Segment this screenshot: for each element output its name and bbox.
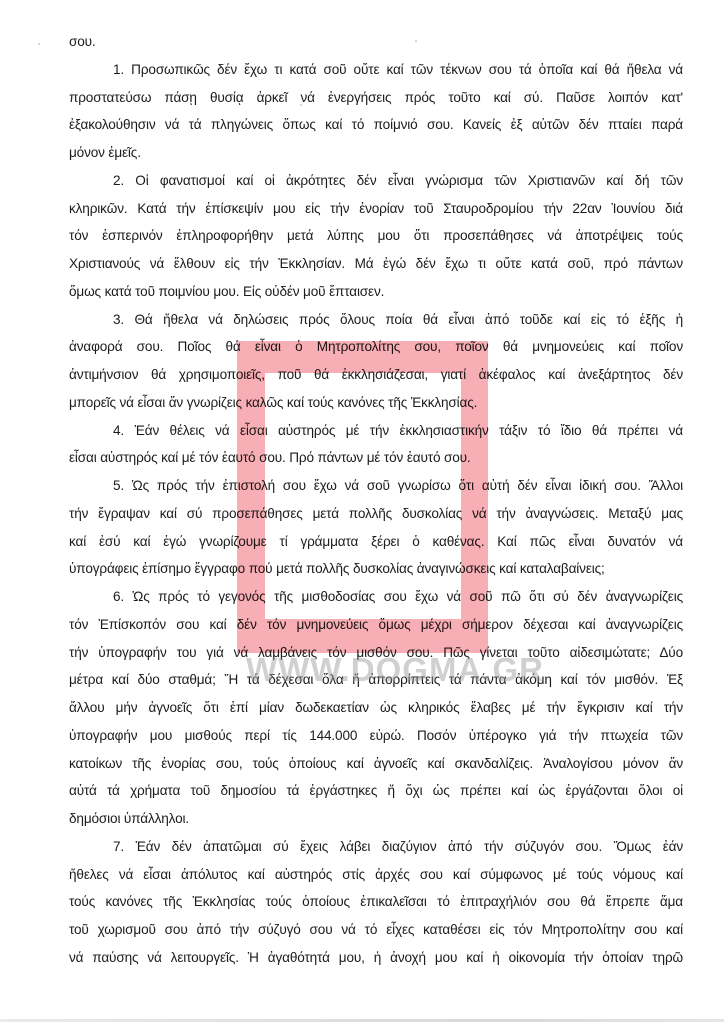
line-text: 2. Οἱ φανατισμοί καί οἱ ἀκρότητες δέν εἶ… bbox=[113, 167, 683, 195]
scan-edge bbox=[0, 1019, 724, 1022]
paragraph-first-line: 5. Ὡς πρός τήν ἐπιστολή σου ἔχω νά σοῦ γ… bbox=[69, 472, 683, 500]
paragraph-first-line: 3. Θά ἤθελα νά δηλώσεις πρός ὅλους ποία … bbox=[69, 306, 683, 334]
text-line: μέτρα καί δύο σταθμά; Ἤ τά δέχεσαι ὅλα ἤ… bbox=[69, 666, 683, 694]
text-line: τούς κανόνες τῆς Ἐκκλησίας τούς ὁποίους … bbox=[69, 888, 683, 916]
line-text: κληρικῶν. Κατά τήν ἐπίσκεψίν μου εἰς τήν… bbox=[69, 195, 683, 223]
text-line: τήν ὑπογραφήν του γιά νά λαμβάνεις τόν μ… bbox=[69, 639, 683, 667]
line-text: 7. Ἐάν δέν ἀπατῶμαι σύ ἔχεις λάβει διαζύ… bbox=[113, 833, 683, 861]
text-line: ἀντιμήνσιον θά χρησιμοποιεῖς, ποῦ θά ἐκκ… bbox=[69, 361, 683, 389]
line-text: μέτρα καί δύο σταθμά; Ἤ τά δέχεσαι ὅλα ἤ… bbox=[69, 666, 683, 694]
text-line: τοῦ χωρισμοῦ σου ἀπό τήν σύζυγό σου νά τ… bbox=[69, 916, 683, 944]
text-line: ὑπογραφήν μου μισθούς περί τίς 144.000 ε… bbox=[69, 722, 683, 750]
line-text: εἶσαι αὐστηρός καί μέ τόν ἑαυτό σου. Πρό… bbox=[69, 444, 683, 472]
text-line: προστατεύσω πάσῃ θυσίᾳ ἀρκεῖ νά ἐνεργήσε… bbox=[69, 84, 683, 112]
scan-speck bbox=[415, 40, 417, 42]
line-text: ὑπογράφεις ἐπίσημο ἔγγραφο πού μετά πολλ… bbox=[69, 555, 683, 583]
line-text: ἀναφορά σου. Ποῖος θά εἶναι ὁ Μητροπολίτ… bbox=[69, 333, 683, 361]
line-text: μπορεῖς νά εἶσαι ἄν γνωρίζεις καλῶς καί … bbox=[69, 389, 683, 417]
line-text: ἄλλου μήν ἀγνοεῖς ὅτι ἐπί μίαν δωδεκαετί… bbox=[69, 694, 683, 722]
text-line: μόνον ἐμεῖς. bbox=[69, 139, 683, 167]
line-text: τήν ἔγραψαν καί σύ προσεπάθησες μετά πολ… bbox=[69, 500, 683, 528]
line-text: Χριστιανούς νά ἔλθουν εἰς τήν Ἐκκλησίαν.… bbox=[69, 250, 683, 278]
line-text: μόνον ἐμεῖς. bbox=[69, 139, 683, 167]
line-text: αὐτά τά χρήματα τοῦ δημοσίου τά ἐργάστηκ… bbox=[69, 777, 683, 805]
text-line: δημόσιοι ὑπάλληλοι. bbox=[69, 805, 683, 833]
line-text: σου. bbox=[69, 28, 683, 56]
text-line: Χριστιανούς νά ἔλθουν εἰς τήν Ἐκκλησίαν.… bbox=[69, 250, 683, 278]
text-line: τόν Ἐπίσκοπόν σου καί δέν τόν μνημονεύει… bbox=[69, 611, 683, 639]
letter-body: σου.1. Προσωπικῶς δέν ἔχω τι κατά σοῦ οὔ… bbox=[69, 28, 683, 972]
scanned-letter-page: σου.1. Προσωπικῶς δέν ἔχω τι κατά σοῦ οὔ… bbox=[0, 0, 724, 1024]
text-line: εἶσαι αὐστηρός καί μέ τόν ἑαυτό σου. Πρό… bbox=[69, 444, 683, 472]
text-line: αὐτά τά χρήματα τοῦ δημοσίου τά ἐργάστηκ… bbox=[69, 777, 683, 805]
line-text: νά παύσης νά λειτουργεῖς. Ἡ ἀγαθότητά μο… bbox=[69, 944, 683, 972]
text-line: κληρικῶν. Κατά τήν ἐπίσκεψίν μου εἰς τήν… bbox=[69, 195, 683, 223]
paragraph-first-line: 7. Ἐάν δέν ἀπατῶμαι σύ ἔχεις λάβει διαζύ… bbox=[69, 833, 683, 861]
text-line: σου. bbox=[69, 28, 683, 56]
text-line: ὑπογράφεις ἐπίσημο ἔγγραφο πού μετά πολλ… bbox=[69, 555, 683, 583]
line-text: τόν ἑσπερινόν ἐπληροφορήθην μετά λύπης μ… bbox=[69, 222, 683, 250]
line-text: ὅμως κατά τοῦ ποιμνίου μου. Εἰς οὐδέν μο… bbox=[69, 278, 683, 306]
text-line: μπορεῖς νά εἶσαι ἄν γνωρίζεις καλῶς καί … bbox=[69, 389, 683, 417]
text-line: ἐξακολούθησιν νά τά πληγώνεις ὅπως καί τ… bbox=[69, 111, 683, 139]
line-text: 1. Προσωπικῶς δέν ἔχω τι κατά σοῦ οὔτε κ… bbox=[113, 56, 683, 84]
paragraph-first-line: 1. Προσωπικῶς δέν ἔχω τι κατά σοῦ οὔτε κ… bbox=[69, 56, 683, 84]
line-text: 3. Θά ἤθελα νά δηλώσεις πρός ὅλους ποία … bbox=[113, 306, 683, 334]
text-line: ἀναφορά σου. Ποῖος θά εἶναι ὁ Μητροπολίτ… bbox=[69, 333, 683, 361]
text-line: ὅμως κατά τοῦ ποιμνίου μου. Εἰς οὐδέν μο… bbox=[69, 278, 683, 306]
paragraph-first-line: 2. Οἱ φανατισμοί καί οἱ ἀκρότητες δέν εἶ… bbox=[69, 167, 683, 195]
scan-speck bbox=[38, 43, 40, 45]
line-text: 5. Ὡς πρός τήν ἐπιστολή σου ἔχω νά σοῦ γ… bbox=[113, 472, 683, 500]
line-text: ἀντιμήνσιον θά χρησιμοποιεῖς, ποῦ θά ἐκκ… bbox=[69, 361, 683, 389]
text-line: νά παύσης νά λειτουργεῖς. Ἡ ἀγαθότητά μο… bbox=[69, 944, 683, 972]
text-line: τήν ἔγραψαν καί σύ προσεπάθησες μετά πολ… bbox=[69, 500, 683, 528]
scan-speck bbox=[300, 104, 302, 106]
text-line: κατοίκων τῆς ἐνορίας σου, τούς ὁποίους κ… bbox=[69, 750, 683, 778]
line-text: κατοίκων τῆς ἐνορίας σου, τούς ὁποίους κ… bbox=[69, 750, 683, 778]
line-text: καί ἐσύ καί ἐγώ γνωρίζουμε τί γράμματα ξ… bbox=[69, 528, 683, 556]
line-text: τούς κανόνες τῆς Ἐκκλησίας τούς ὁποίους … bbox=[69, 888, 683, 916]
line-text: τοῦ χωρισμοῦ σου ἀπό τήν σύζυγό σου νά τ… bbox=[69, 916, 683, 944]
text-line: καί ἐσύ καί ἐγώ γνωρίζουμε τί γράμματα ξ… bbox=[69, 528, 683, 556]
line-text: τήν ὑπογραφήν του γιά νά λαμβάνεις τόν μ… bbox=[69, 639, 683, 667]
line-text: προστατεύσω πάσῃ θυσίᾳ ἀρκεῖ νά ἐνεργήσε… bbox=[69, 84, 683, 112]
line-text: τόν Ἐπίσκοπόν σου καί δέν τόν μνημονεύει… bbox=[69, 611, 683, 639]
text-line: τόν ἑσπερινόν ἐπληροφορήθην μετά λύπης μ… bbox=[69, 222, 683, 250]
line-text: δημόσιοι ὑπάλληλοι. bbox=[69, 805, 683, 833]
paragraph-first-line: 4. Ἐάν θέλεις νά εἶσαι αὐστηρός μέ τήν ἐ… bbox=[69, 417, 683, 445]
line-text: 6. Ὡς πρός τό γεγονός τῆς μισθοδοσίας σο… bbox=[113, 583, 683, 611]
text-line: ἄλλου μήν ἀγνοεῖς ὅτι ἐπί μίαν δωδεκαετί… bbox=[69, 694, 683, 722]
line-text: ὑπογραφήν μου μισθούς περί τίς 144.000 ε… bbox=[69, 722, 683, 750]
line-text: 4. Ἐάν θέλεις νά εἶσαι αὐστηρός μέ τήν ἐ… bbox=[113, 417, 683, 445]
paragraph-first-line: 6. Ὡς πρός τό γεγονός τῆς μισθοδοσίας σο… bbox=[69, 583, 683, 611]
line-text: ἐξακολούθησιν νά τά πληγώνεις ὅπως καί τ… bbox=[69, 111, 683, 139]
line-text: ἤθελες νά εἶσαι ἀπόλυτος καί αὐστηρός στ… bbox=[69, 861, 683, 889]
text-line: ἤθελες νά εἶσαι ἀπόλυτος καί αὐστηρός στ… bbox=[69, 861, 683, 889]
